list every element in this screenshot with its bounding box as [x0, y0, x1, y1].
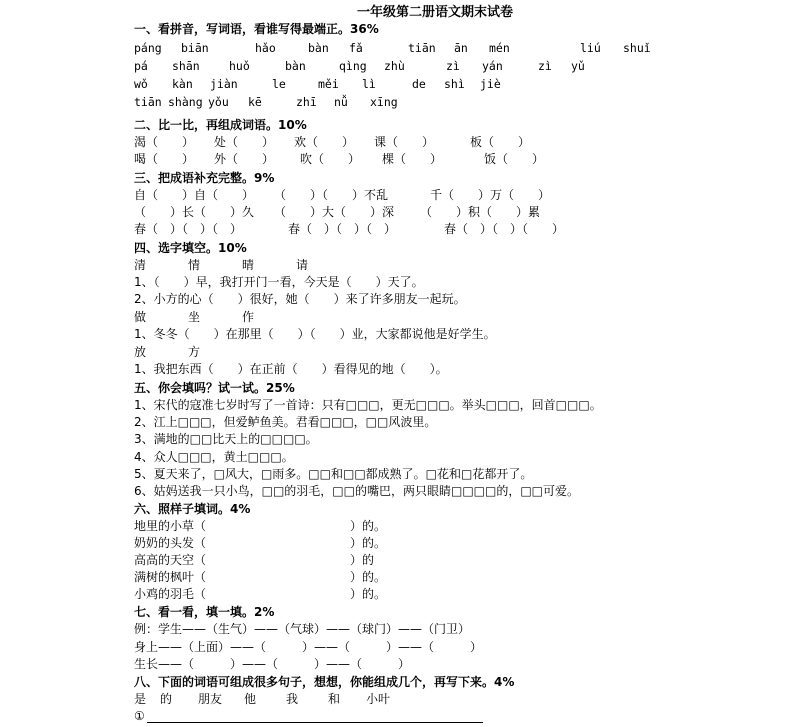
word-chain-row-1[interactable]: 身上——（上面）——（ ）——（ ）——（ ） [134, 639, 482, 656]
pinyin-word: huǒ [229, 58, 250, 75]
word-bank-item: 我 [286, 691, 298, 708]
section-1-heading: 一、看拼音，写词语，看谁写得最端正。36% [134, 21, 379, 38]
section-8-heading: 八、下面的词语可组成很多句子，想想，你能组成几个，再写下来。4% [134, 674, 514, 691]
pattern-row[interactable]: 奶奶的头发（ ）的。 [134, 535, 534, 552]
fill-item[interactable]: 喝（ ） [134, 151, 194, 168]
pinyin-row-2: pá shān huǒ bàn qìng zhù zì yán zì yǔ [134, 58, 654, 75]
fill-item[interactable]: 吹（ ） [300, 151, 360, 168]
pinyin-word: zì [446, 58, 460, 75]
pinyin-word: lì [362, 76, 376, 93]
pinyin-word: mén [489, 40, 510, 57]
pattern-right: ）的 [350, 552, 374, 569]
idiom-item[interactable]: 春（ ）（ ）（ ） [288, 221, 396, 238]
pinyin-word: páng [134, 40, 162, 57]
compare-row-1: 渴（ ） 处（ ） 欢（ ） 课（ ） 板（ ） [134, 134, 654, 151]
word-bank-item: 他 [244, 691, 256, 708]
question-5-2[interactable]: 2、江上□□□，但爱鲈鱼美。君看□□□，□□风波里。 [134, 414, 436, 431]
fill-item[interactable]: 课（ ） [374, 134, 434, 151]
exam-paper: 一年级第二册语文期末试卷 一、看拼音，写词语，看谁写得最端正。36% páng … [0, 0, 800, 727]
pinyin-word: ān [454, 40, 468, 57]
pinyin-word: yán [482, 58, 503, 75]
word-bank-item: 的 [160, 691, 172, 708]
pattern-right: ）的。 [350, 569, 386, 586]
pattern-left: 奶奶的头发（ [134, 535, 206, 552]
word-bank-item: 和 [328, 691, 340, 708]
pinyin-word: kē [248, 94, 262, 111]
pinyin-word: pá [134, 58, 148, 75]
pinyin-word: shàng [168, 94, 203, 111]
pattern-row[interactable]: 满树的枫叶（ ）的。 [134, 569, 534, 586]
pinyin-word: měi [318, 76, 339, 93]
pattern-left: 满树的枫叶（ [134, 569, 206, 586]
pinyin-word: jiàn [210, 76, 238, 93]
pinyin-word: liú [580, 40, 601, 57]
question-5-4[interactable]: 4、众人□□□，黄土□□□。 [134, 449, 294, 466]
pinyin-word: bàn [308, 40, 329, 57]
fill-item[interactable]: 欢（ ） [294, 134, 354, 151]
fill-item[interactable]: 饭（ ） [484, 151, 544, 168]
option-char: 情 [188, 257, 200, 274]
option-char: 坐 [188, 309, 200, 326]
pinyin-word: tiān [134, 94, 162, 111]
idiom-row-2: （ ）长（ ）久 （ ）大（ ）深 （ ）积（ ）累 [134, 204, 654, 221]
question-5-3[interactable]: 3、满地的□□比天上的□□□□。 [134, 431, 318, 448]
word-bank-item: 朋友 [198, 691, 222, 708]
idiom-item[interactable]: （ ）（ ）不乱 [274, 187, 388, 204]
pinyin-word: qìng [339, 58, 367, 75]
pattern-row[interactable]: 地里的小草（ ）的。 [134, 518, 534, 535]
char-options-1: 清 情 晴 请 [134, 257, 654, 274]
section-3-heading: 三、把成语补充完整。9% [134, 170, 274, 187]
fill-item[interactable]: 渴（ ） [134, 134, 194, 151]
pattern-right: ）的。 [350, 535, 386, 552]
fill-item[interactable]: 处（ ） [214, 134, 274, 151]
idiom-item[interactable]: （ ）积（ ）累 [420, 204, 540, 221]
idiom-item[interactable]: （ ）大（ ）深 [274, 204, 394, 221]
pinyin-word: shān [172, 58, 200, 75]
section-4-heading: 四、选字填空。10% [134, 240, 247, 257]
pattern-left: 高高的天空（ [134, 552, 206, 569]
idiom-item[interactable]: 春（ ）（ ）（ ） [134, 221, 242, 238]
idiom-item[interactable]: 千（ ）万（ ） [430, 187, 550, 204]
idiom-item[interactable]: 自（ ）自（ ） [134, 187, 254, 204]
idiom-item[interactable]: 春（ ）（ ）（ ） [444, 221, 564, 238]
idiom-row-3: 春（ ）（ ）（ ） 春（ ）（ ）（ ） 春（ ）（ ）（ ） [134, 221, 654, 238]
pinyin-word: fǎ [349, 40, 363, 57]
word-bank-item: 小叶 [366, 691, 390, 708]
option-char: 晴 [242, 257, 254, 274]
pinyin-word: shuǐ [623, 40, 651, 57]
pinyin-word: tiān [408, 40, 436, 57]
pinyin-row-4: tiān shàng yǒu kē zhī nǚ xīng [134, 94, 654, 111]
idiom-row-1: 自（ ）自（ ） （ ）（ ）不乱 千（ ）万（ ） [134, 187, 654, 204]
section-7-heading: 七、看一看，填一填。2% [134, 604, 274, 621]
pinyin-word: zhī [296, 94, 317, 111]
answer-line[interactable] [147, 722, 483, 723]
pinyin-word: zì [538, 58, 552, 75]
pattern-right: ）的。 [350, 586, 386, 603]
question-4-3-1[interactable]: 1、我把东西（ ）在正前（ ）看得见的地（ ）。 [134, 361, 448, 378]
pinyin-word: yǒu [208, 94, 229, 111]
section-6-heading: 六、照样子填词。4% [134, 501, 250, 518]
question-4-1-2[interactable]: 2、小方的心（ ）很好，她（ ）来了许多朋友一起玩。 [134, 291, 466, 308]
option-char: 请 [296, 257, 308, 274]
question-5-1[interactable]: 1、宋代的寇准七岁时写了一首诗：只有□□□，更无□□□。举头□□□，回首□□□。 [134, 397, 602, 414]
pinyin-word: jiè [480, 76, 501, 93]
pinyin-word: shì [444, 76, 465, 93]
pinyin-row-1: páng biān hǎo bàn fǎ tiān ān mén liú shu… [134, 40, 654, 57]
question-5-6[interactable]: 6、姑妈送我一只小鸟，□□的羽毛，□□的嘴巴，两只眼睛□□□□的，□□可爱。 [134, 483, 579, 500]
option-char: 作 [242, 309, 254, 326]
pattern-left: 地里的小草（ [134, 518, 206, 535]
pinyin-word: biān [181, 40, 209, 57]
word-chain-row-2[interactable]: 生长——（ ）——（ ）——（ ） [134, 656, 410, 673]
question-5-5[interactable]: 5、夏天来了，□风大，□雨多。□□和□□都成熟了。□花和□花都开了。 [134, 466, 532, 483]
word-bank-item: 是 [134, 691, 146, 708]
option-char: 做 [134, 309, 146, 326]
fill-item[interactable]: 外（ ） [214, 151, 274, 168]
word-bank: 是 的 朋友 他 我 和 小叶 [134, 691, 534, 708]
word-chain-example: 例：学生——（生气）——（气球）——（球门）——（门卫） [134, 621, 470, 638]
char-options-3: 放 方 [134, 344, 654, 361]
pattern-left: 小鸡的羽毛（ [134, 586, 206, 603]
pinyin-word: kàn [172, 76, 193, 93]
section-2-heading: 二、比一比，再组成词语。10% [134, 117, 307, 134]
option-char: 放 [134, 344, 146, 361]
pinyin-word: le [272, 76, 286, 93]
pinyin-word: hǎo [255, 40, 276, 57]
pinyin-word: de [412, 76, 426, 93]
pinyin-word: bàn [285, 58, 306, 75]
pattern-row[interactable]: 小鸡的羽毛（ ）的。 [134, 586, 534, 603]
pinyin-word: xīng [370, 94, 398, 111]
option-char: 方 [188, 344, 200, 361]
fill-item[interactable]: 板（ ） [470, 134, 530, 151]
pinyin-word: zhù [384, 58, 405, 75]
fill-item[interactable]: 棵（ ） [382, 151, 442, 168]
pinyin-word: nǚ [334, 94, 348, 111]
option-char: 清 [134, 257, 146, 274]
question-4-2-1[interactable]: 1、冬冬（ ）在那里（ ）（ ）业，大家都说他是好学生。 [134, 326, 496, 343]
compare-row-2: 喝（ ） 外（ ） 吹（ ） 棵（ ） 饭（ ） [134, 151, 654, 168]
char-options-2: 做 坐 作 [134, 309, 654, 326]
pattern-row[interactable]: 高高的天空（ ）的 [134, 552, 534, 569]
pinyin-row-3: wǒ kàn jiàn le měi lì de shì jiè [134, 76, 654, 93]
answer-marker: ① [134, 708, 145, 725]
pinyin-word: yǔ [571, 58, 585, 75]
section-5-heading: 五、你会填吗？试一试。25% [134, 380, 295, 397]
idiom-item[interactable]: （ ）长（ ）久 [134, 204, 254, 221]
pinyin-word: wǒ [134, 76, 148, 93]
pattern-right: ）的。 [350, 518, 386, 535]
page-title: 一年级第二册语文期末试卷 [0, 4, 800, 21]
question-4-1-1[interactable]: 1、（ ）早，我打开门一看，今天是（ ）天了。 [134, 274, 424, 291]
